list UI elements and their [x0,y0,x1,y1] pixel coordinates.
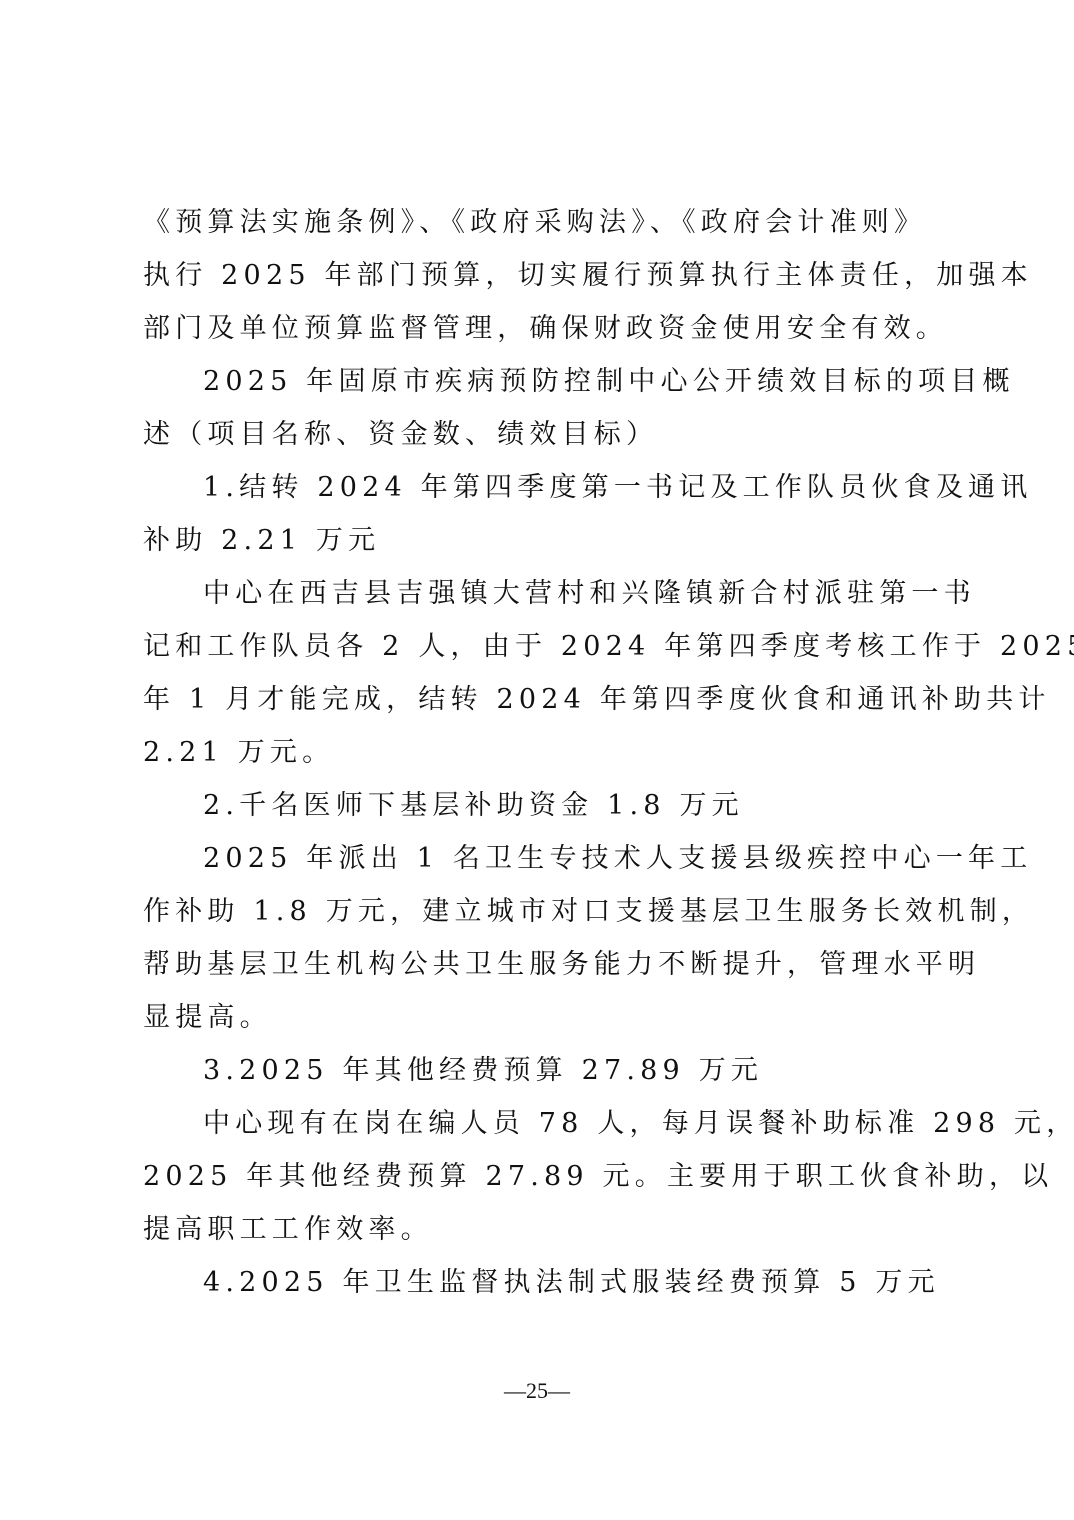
paragraph-line: 2025 年固原市疾病预防控制中心公开绩效目标的项目概 [203,362,1015,402]
paragraph-line: 2.21 万元。 [143,733,334,773]
paragraph-line: 帮助基层卫生机构公共卫生服务能力不断提升，管理水平明 [143,945,980,985]
section-heading-1: 1.结转 2024 年第四季度第一书记及工作队员伙食及通讯 [203,468,1032,508]
paragraph-line: 《预算法实施条例》、《政府采购法》、《政府会计准则》 [143,203,926,243]
page-number: —25— [0,1378,1074,1404]
paragraph-line: 中心在西吉县吉强镇大营村和兴隆镇新合村派驻第一书 [203,574,976,614]
document-page: 《预算法实施条例》、《政府采购法》、《政府会计准则》 执行 2025 年部门预算… [0,0,1074,1520]
paragraph-line: 述（项目名称、资金数、绩效目标） [143,415,658,455]
paragraph-line: 提高职工工作效率。 [143,1210,433,1250]
paragraph-line: 中心现有在岗在编人员 78 人，每月误餐补助标准 298 元， [203,1104,1074,1144]
section-heading-1-cont: 补助 2.21 万元 [143,521,380,561]
paragraph-line: 作补助 1.8 万元，建立城市对口支援基层卫生服务长效机制， [143,892,1034,932]
paragraph-line: 年 1 月才能完成，结转 2024 年第四季度伙食和通讯补助共计 [143,680,1051,720]
section-heading-2: 2.千名医师下基层补助资金 1.8 万元 [203,786,744,826]
paragraph-line: 记和工作队员各 2 人，由于 2024 年第四季度考核工作于 2025 [143,627,1074,667]
paragraph-line: 2025 年派出 1 名卫生专技术人支援县级疾控中心一年工 [203,839,1032,879]
section-heading-4: 4.2025 年卫生监督执法制式服装经费预算 5 万元 [203,1263,940,1303]
paragraph-line: 部门及单位预算监督管理，确保财政资金使用安全有效。 [143,309,948,349]
paragraph-line: 2025 年其他经费预算 27.89 元。主要用于职工伙食补助，以 [143,1157,1053,1197]
paragraph-line: 执行 2025 年部门预算，切实履行预算执行主体责任，加强本 [143,256,1033,296]
section-heading-3: 3.2025 年其他经费预算 27.89 万元 [203,1051,763,1091]
paragraph-line: 显提高。 [143,998,272,1038]
